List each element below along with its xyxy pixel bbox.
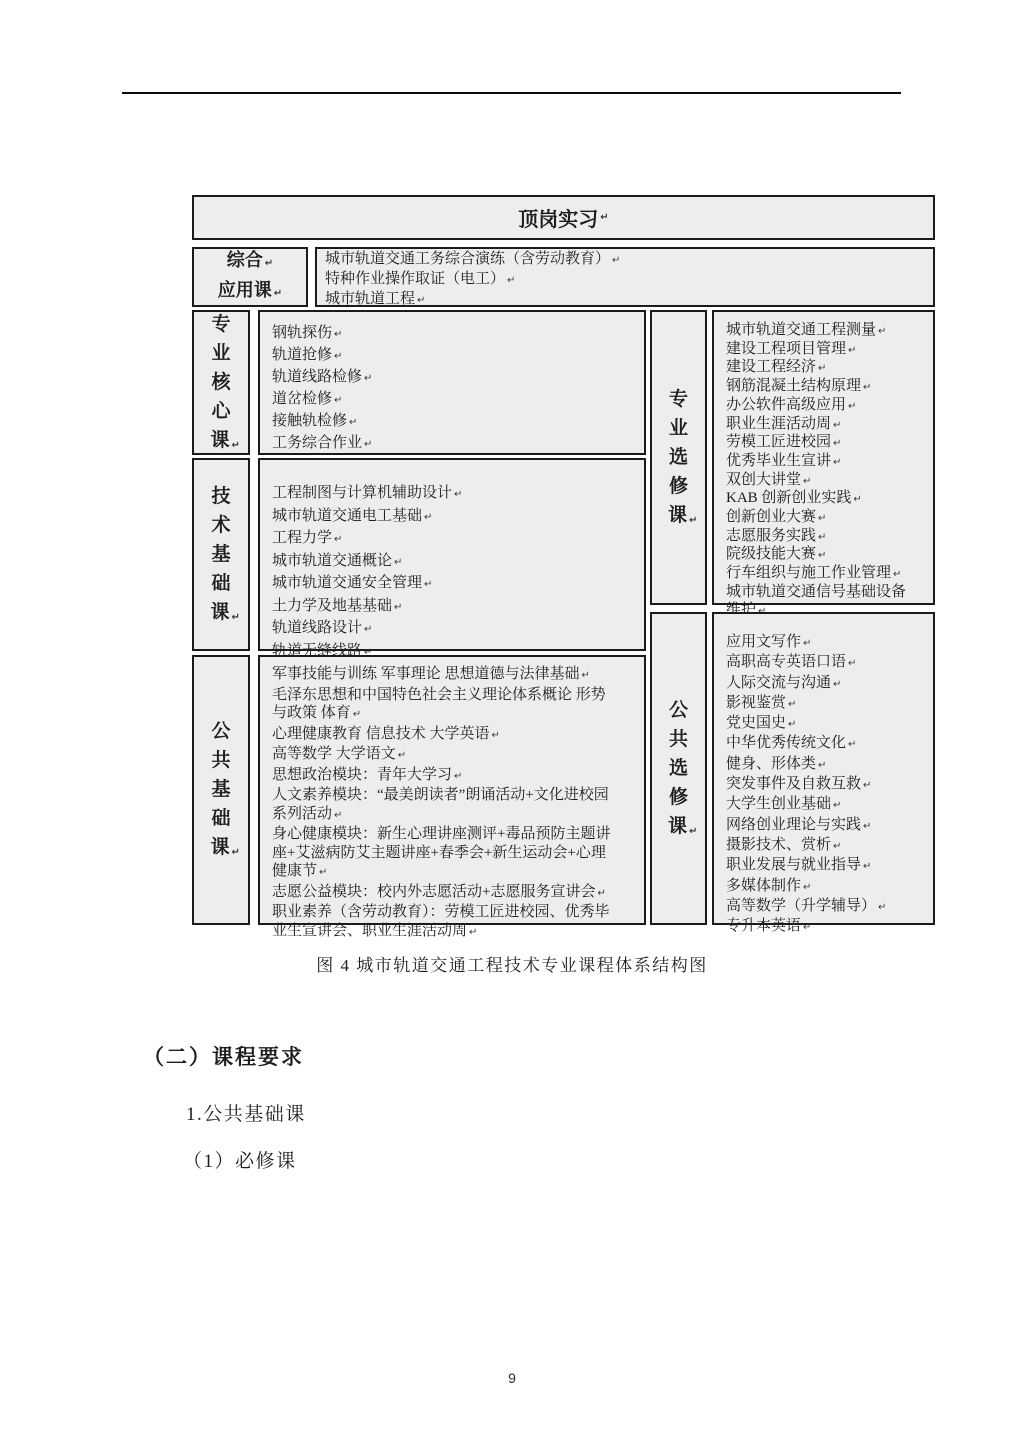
technical-basic-course-list: 工程制图与计算机辅助设计↵城市轨道交通电工基础↵工程力学↵城市轨道交通概论↵城市… — [258, 458, 646, 651]
course-item: 劳模工匠进校园↵ — [726, 434, 919, 453]
paragraph-mark: ↵ — [853, 494, 861, 505]
course-item: 突发事件及自救互救↵ — [726, 775, 919, 795]
course-item: 专升本英语↵ — [726, 917, 919, 937]
course-item: 志愿服务实践↵ — [726, 528, 919, 547]
internship-label: 顶岗实习 — [518, 203, 598, 232]
section-label-char: 课↵ — [210, 431, 231, 451]
public-elective-label-box: 公共选修课↵ — [650, 612, 707, 925]
course-item: 多媒体制作↵ — [726, 877, 919, 897]
course-item: 党史国史↵ — [726, 714, 919, 734]
public-elective-course-list: 应用文写作↵高职高专英语口语↵人际交流与沟通↵影视鉴赏↵党史国史↵中华优秀传统文… — [712, 612, 935, 925]
section-label-char: 专 — [669, 390, 688, 409]
core-course-label-box: 专业核心课↵ — [192, 310, 250, 455]
course-item: 心理健康教育 信息技术 大学英语↵ — [272, 725, 616, 746]
course-item: 健身、形体类↵ — [726, 755, 919, 775]
paragraph-mark: ↵ — [833, 438, 841, 449]
paragraph-mark: ↵ — [364, 624, 372, 635]
internship-box: 顶岗实习↵ — [192, 195, 935, 240]
paragraph-mark: ↵ — [893, 569, 901, 580]
section-label-char: 术 — [211, 516, 230, 535]
paragraph-mark: ↵ — [454, 771, 462, 782]
section-label-char: 共 — [211, 751, 230, 770]
paragraph-mark: ↵ — [833, 841, 841, 852]
paragraph-mark: ↵ — [833, 420, 841, 431]
paragraph-mark: ↵ — [507, 275, 515, 286]
section-label-char: 基 — [211, 545, 230, 564]
course-item: 建设工程经济↵ — [726, 359, 919, 378]
paragraph-mark: ↵ — [424, 579, 432, 590]
course-item: 城市轨道交通安全管理↵ — [272, 573, 632, 596]
paragraph-mark: ↵ — [274, 288, 282, 299]
paragraph-mark: ↵ — [319, 867, 327, 878]
paragraph-mark: ↵ — [334, 351, 342, 362]
paragraph-mark: ↵ — [334, 810, 342, 821]
course-item: 工程制图与计算机辅助设计↵ — [272, 483, 632, 506]
section-label-char: 业 — [211, 344, 230, 363]
comprehensive-course-list: 城市轨道交通工务综合演练（含劳动教育）↵特种作业操作取证（电工）↵城市轨道工程↵ — [315, 247, 935, 307]
course-item: 工务综合作业↵ — [272, 433, 632, 455]
course-item: 影视鉴赏↵ — [726, 694, 919, 714]
paragraph-mark: ↵ — [863, 780, 871, 791]
course-item: 高职高专英语口语↵ — [726, 653, 919, 673]
public-basic-course-list: 军事技能与训练 军事理论 思想道德与法律基础↵毛泽东思想和中国特色社会主义理论体… — [258, 655, 646, 925]
section-heading: （二）课程要求 — [143, 1041, 304, 1071]
paragraph-mark: ↵ — [334, 534, 342, 545]
paragraph-mark: ↵ — [788, 719, 796, 730]
section-label-char: 业 — [669, 419, 688, 438]
course-item: 钢筋混凝土结构原理↵ — [726, 378, 919, 397]
section-label-char: 选 — [669, 448, 688, 467]
paragraph-mark: ↵ — [417, 295, 425, 306]
page-header-rule — [122, 92, 901, 94]
comprehensive-course-label-line: 应用课↵ — [218, 277, 282, 307]
technical-basic-label-box: 技术基础课↵ — [192, 458, 250, 651]
course-item: 应用文写作↵ — [726, 633, 919, 653]
section-label-char: 选 — [669, 759, 688, 778]
paragraph-mark: ↵ — [349, 417, 357, 428]
course-item: 职业素养（含劳动教育）：劳模工匠进校园、优秀毕业生宣讲会、职业生涯活动周↵ — [272, 903, 616, 942]
paragraph-mark: ↵ — [863, 861, 871, 872]
course-item: 行车组织与施工作业管理↵ — [726, 565, 919, 584]
paragraph-mark: ↵ — [848, 345, 856, 356]
paragraph-mark: ↵ — [394, 557, 402, 568]
paragraph-mark: ↵ — [833, 679, 841, 690]
paragraph-mark: ↵ — [582, 670, 590, 681]
section-label-char: 公 — [669, 701, 688, 720]
course-item: 中华优秀传统文化↵ — [726, 734, 919, 754]
course-item: 接触轨检修↵ — [272, 411, 632, 433]
paragraph-mark: ↵ — [469, 927, 477, 938]
course-item: 建设工程项目管理↵ — [726, 341, 919, 360]
course-item: 院级技能大赛↵ — [726, 546, 919, 565]
course-item: 身心健康模块：新生心理讲座测评+毒品预防主题讲座+艾滋病防艾主题讲座+春季会+新… — [272, 825, 616, 883]
section-label-char: 修 — [669, 788, 688, 807]
paragraph-mark: ↵ — [803, 922, 811, 933]
course-item: 城市轨道交通工程测量↵ — [726, 322, 919, 341]
course-item: 人际交流与沟通↵ — [726, 674, 919, 694]
paragraph-mark: ↵ — [818, 513, 826, 524]
paragraph-mark: ↵ — [848, 739, 856, 750]
paragraph-mark: ↵ — [863, 821, 871, 832]
paragraph-mark: ↵ — [265, 258, 273, 269]
course-item: 军事技能与训练 军事理论 思想道德与法律基础↵ — [272, 665, 616, 686]
comprehensive-course-label-box: 综合↵应用课↵ — [192, 247, 308, 307]
course-item: 工程力学↵ — [272, 528, 632, 551]
paragraph-mark: ↵ — [803, 476, 811, 487]
paragraph-mark: ↵ — [818, 532, 826, 543]
paragraph-mark: ↵ — [833, 800, 841, 811]
figure-caption: 图 4 城市轨道交通工程技术专业课程体系结构图 — [0, 951, 1024, 976]
section-label-char: 基 — [211, 780, 230, 799]
course-item: 道岔检修↵ — [272, 389, 632, 411]
course-item: 大学生创业基础↵ — [726, 795, 919, 815]
core-course-list: 钢轨探伤↵轨道抢修↵轨道线路检修↵道岔检修↵接触轨检修↵工务综合作业↵ — [258, 310, 646, 455]
paragraph-mark: ↵ — [818, 363, 826, 374]
paragraph-mark: ↵ — [334, 395, 342, 406]
section-label-char: 专 — [211, 315, 230, 334]
course-item: 双创大讲堂↵ — [726, 472, 919, 491]
comprehensive-course-label-line: 综合↵ — [227, 247, 273, 277]
sub-heading-required: （1）必修课 — [183, 1146, 297, 1173]
paragraph-mark: ↵ — [424, 512, 432, 523]
course-item: 城市轨道工程↵ — [325, 290, 925, 310]
paragraph-mark: ↵ — [818, 550, 826, 561]
course-item: 优秀毕业生宣讲↵ — [726, 453, 919, 472]
paragraph-mark: ↵ — [833, 457, 841, 468]
course-item: 钢轨探伤↵ — [272, 323, 632, 345]
paragraph-mark: ↵ — [454, 489, 462, 500]
course-item: 职业生涯活动周↵ — [726, 416, 919, 435]
paragraph-mark: ↵ — [848, 401, 856, 412]
course-item: 毛泽东思想和中国特色社会主义理论体系概论 形势与政策 体育↵ — [272, 686, 616, 725]
section-label-char: 课↵ — [210, 838, 231, 858]
paragraph-mark: ↵ — [803, 882, 811, 893]
paragraph-mark: ↵ — [788, 699, 796, 710]
sub-heading-public-basic: 1.公共基础课 — [186, 1099, 306, 1126]
paragraph-mark: ↵ — [818, 760, 826, 771]
paragraph-mark: ↵ — [398, 750, 406, 761]
section-label-char: 础 — [211, 809, 230, 828]
course-item: 职业发展与就业指导↵ — [726, 856, 919, 876]
paragraph-mark: ↵ — [612, 255, 620, 266]
major-elective-course-list: 城市轨道交通工程测量↵建设工程项目管理↵建设工程经济↵钢筋混凝土结构原理↵办公软… — [712, 310, 935, 605]
section-label-char: 公 — [211, 722, 230, 741]
paragraph-mark: ↵ — [394, 602, 402, 613]
course-item: 网络创业理论与实践↵ — [726, 816, 919, 836]
course-item: 土力学及地基基础↵ — [272, 596, 632, 619]
major-elective-label-box: 专业选修课↵ — [650, 310, 707, 605]
course-item: 轨道抢修↵ — [272, 345, 632, 367]
public-basic-label-box: 公共基础课↵ — [192, 655, 250, 925]
course-item: 轨道线路设计↵ — [272, 618, 632, 641]
course-item: 城市轨道交通概论↵ — [272, 551, 632, 574]
section-label-char: 技 — [211, 487, 230, 506]
paragraph-mark: ↵ — [863, 382, 871, 393]
course-item: 思想政治模块：青年大学习↵ — [272, 766, 616, 787]
section-label-char: 修 — [669, 477, 688, 496]
paragraph-mark: ↵ — [597, 888, 605, 899]
course-item: 城市轨道交通电工基础↵ — [272, 506, 632, 529]
course-item: 办公软件高级应用↵ — [726, 397, 919, 416]
section-label-char: 核 — [211, 373, 230, 392]
paragraph-mark: ↵ — [878, 326, 886, 337]
section-label-char: 课↵ — [210, 603, 231, 623]
paragraph-mark: ↵ — [334, 329, 342, 340]
paragraph-mark: ↵ — [600, 212, 608, 223]
paragraph-mark: ↵ — [353, 709, 361, 720]
course-item: 高等数学（升学辅导）↵ — [726, 897, 919, 917]
section-label-char: 课↵ — [668, 506, 689, 526]
paragraph-mark: ↵ — [803, 638, 811, 649]
course-item: 创新创业大赛↵ — [726, 509, 919, 528]
paragraph-mark: ↵ — [364, 439, 372, 450]
section-label-char: 共 — [669, 730, 688, 749]
page-number: 9 — [0, 1370, 1024, 1386]
paragraph-mark: ↵ — [848, 658, 856, 669]
section-label-char: 心 — [211, 402, 230, 421]
course-item: 人文素养模块：“最美朗读者”朗诵活动+文化进校园系列活动↵ — [272, 786, 616, 825]
course-item: 志愿公益模块：校内外志愿活动+志愿服务宣讲会↵ — [272, 883, 616, 904]
course-item: 轨道线路检修↵ — [272, 367, 632, 389]
course-item: 城市轨道交通工务综合演练（含劳动教育）↵ — [325, 250, 925, 270]
section-label-char: 课↵ — [668, 817, 689, 837]
course-item: 摄影技术、赏析↵ — [726, 836, 919, 856]
course-item: KAB 创新创业实践↵ — [726, 490, 919, 509]
course-item: 特种作业操作取证（电工）↵ — [325, 270, 925, 290]
paragraph-mark: ↵ — [878, 902, 886, 913]
course-item: 高等数学 大学语文↵ — [272, 745, 616, 766]
section-label-char: 础 — [211, 574, 230, 593]
paragraph-mark: ↵ — [364, 373, 372, 384]
paragraph-mark: ↵ — [492, 730, 500, 741]
